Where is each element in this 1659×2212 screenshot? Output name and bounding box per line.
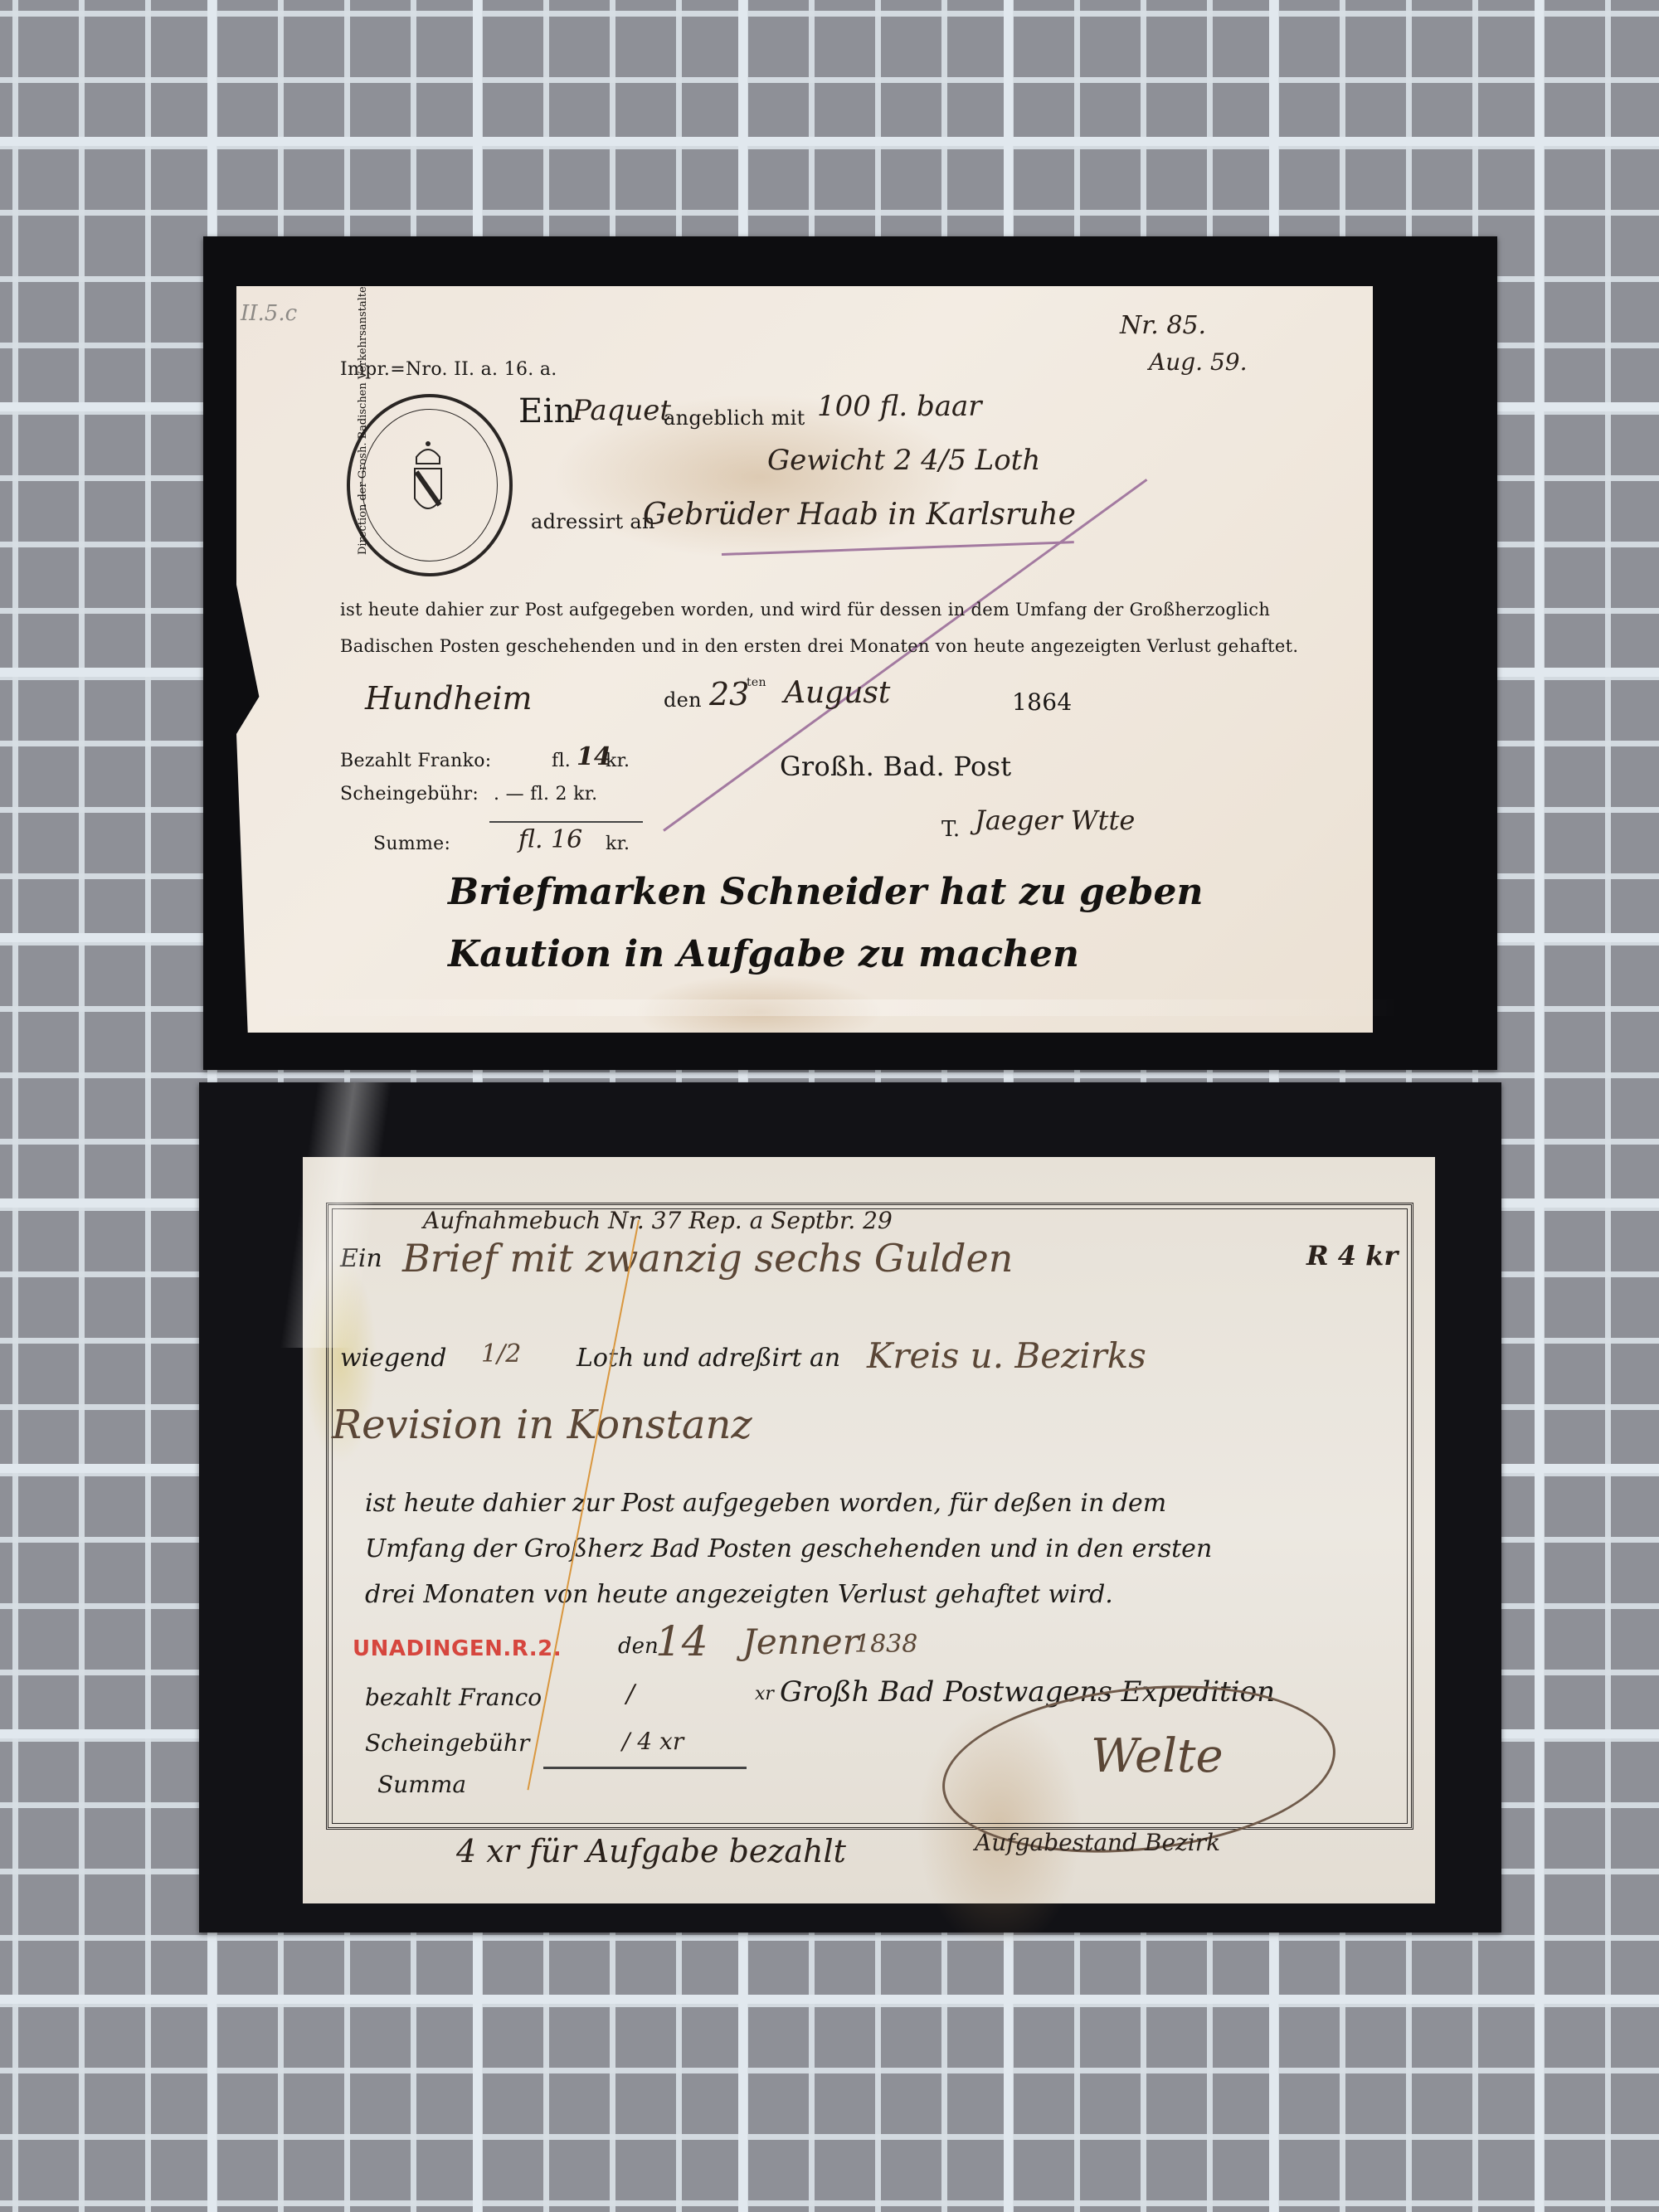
- date-month: Jenner: [742, 1621, 859, 1662]
- weight: Gewicht 2 4/5 Loth: [767, 444, 1040, 477]
- date-month: August: [784, 676, 890, 710]
- form-number: Impr.=Nro. II. a. 16. a.: [340, 359, 557, 380]
- addressee-line-2: Revision in Konstanz: [332, 1402, 752, 1448]
- town-cancellation-stamp: UNADINGEN.R.2.: [353, 1636, 562, 1661]
- sum-label: Summe:: [373, 834, 450, 854]
- addressee: Gebrüder Haab in Karlsruhe: [643, 498, 1076, 532]
- item-description: Brief mit zwanzig sechs Gulden: [402, 1236, 1013, 1281]
- fee-paid-label: bezahlt Franco: [365, 1684, 542, 1711]
- fee-paid-value: /: [626, 1680, 635, 1709]
- date-prefix: den: [664, 688, 702, 712]
- receipt-fee-value: / 4 xr: [622, 1728, 684, 1755]
- body-line-1: ist heute dahier zur Post aufgegeben wor…: [340, 600, 1270, 620]
- place: Hundheim: [365, 680, 533, 717]
- weight-value: 1/2: [481, 1339, 521, 1369]
- weight-label: wiegend: [340, 1344, 447, 1373]
- line1-prefix: Ein: [518, 392, 576, 430]
- fee-paid-label: Bezahlt Franko:: [340, 751, 492, 771]
- date-year: 1864: [1012, 688, 1072, 716]
- receipt-fee-label: Scheingebühr: [365, 1729, 529, 1757]
- post-office: Großh. Bad. Post: [780, 751, 1011, 782]
- footer-note: 4 xr für Aufgabe bezahlt: [456, 1833, 846, 1869]
- address-label: Loth und adreßirt an: [577, 1344, 840, 1373]
- body-line-1: ist heute dahier zur Post aufgegeben wor…: [365, 1489, 1166, 1518]
- postal-receipt-1864: II.5.c Nr. 85. Aug. 59. Impr.=Nro. II. a…: [236, 286, 1373, 1033]
- date-day-suffix: ten: [747, 676, 766, 689]
- sum-kr: kr.: [606, 834, 630, 854]
- item-type: Paquet: [572, 394, 671, 427]
- signature-prefix: T.: [941, 817, 960, 842]
- line1-mid: angeblich mit: [664, 406, 805, 430]
- sum-label: Summa: [377, 1771, 466, 1798]
- baden-crest-icon: [410, 439, 446, 522]
- postmaster-signature: Jaeger Wtte: [975, 805, 1135, 836]
- body-line-2: Umfang der Großherz Bad Posten geschehen…: [365, 1534, 1212, 1563]
- body-line-2: Badischen Posten geschehenden und in den…: [340, 636, 1298, 656]
- addressee-line-1: Kreis u. Bezirks: [867, 1335, 1146, 1376]
- date-day: 23: [709, 676, 749, 712]
- header-note: Aufnahmebuch Nr. 37 Rep. a Septbr. 29: [423, 1207, 893, 1234]
- sleeve-glare: [236, 999, 1398, 1016]
- date-prefix: den: [618, 1634, 659, 1659]
- registration-mark: R 4 kr: [1306, 1240, 1398, 1271]
- sum-rule: [543, 1767, 747, 1769]
- date-day: 14: [655, 1617, 708, 1665]
- date-year: 1838: [854, 1630, 917, 1659]
- fee-paid-unit: xr: [755, 1684, 774, 1704]
- expeditor-signature: Welte: [1091, 1729, 1224, 1783]
- address-label: adressirt an: [531, 510, 655, 533]
- official-seal: Direction der Grosh. Badischen Verkehrsa…: [347, 394, 513, 576]
- handwritten-reference-number: Nr. 85.: [1120, 311, 1206, 340]
- footer-note-line-2: Kaution in Aufgabe zu machen: [448, 933, 1079, 975]
- sum-value: fl. 16: [518, 825, 582, 854]
- footer-note-line-1: Briefmarken Schneider hat zu geben: [448, 871, 1204, 913]
- postal-receipt-1838: Aufnahmebuch Nr. 37 Rep. a Septbr. 29 Ei…: [303, 1157, 1435, 1903]
- declared-value: 100 fl. baar: [817, 390, 982, 423]
- fee-paid-kr: kr.: [606, 751, 630, 771]
- receipt-fee-value: . — fl. 2 kr.: [494, 784, 597, 805]
- body-line-3: drei Monaten von heute angezeigten Verlu…: [365, 1580, 1113, 1609]
- seal-text: Direction der Grosh. Badischen Verkehrsa…: [357, 414, 369, 555]
- receipt-fee-label: Scheingebühr:: [340, 784, 479, 805]
- sum-rule: [489, 821, 643, 823]
- handwritten-reference-date: Aug. 59.: [1149, 348, 1248, 376]
- footer-note-right: Aufgabestand Bezirk: [975, 1829, 1220, 1856]
- fee-paid-fl: fl.: [552, 751, 571, 771]
- pencil-note: II.5.c: [241, 301, 297, 326]
